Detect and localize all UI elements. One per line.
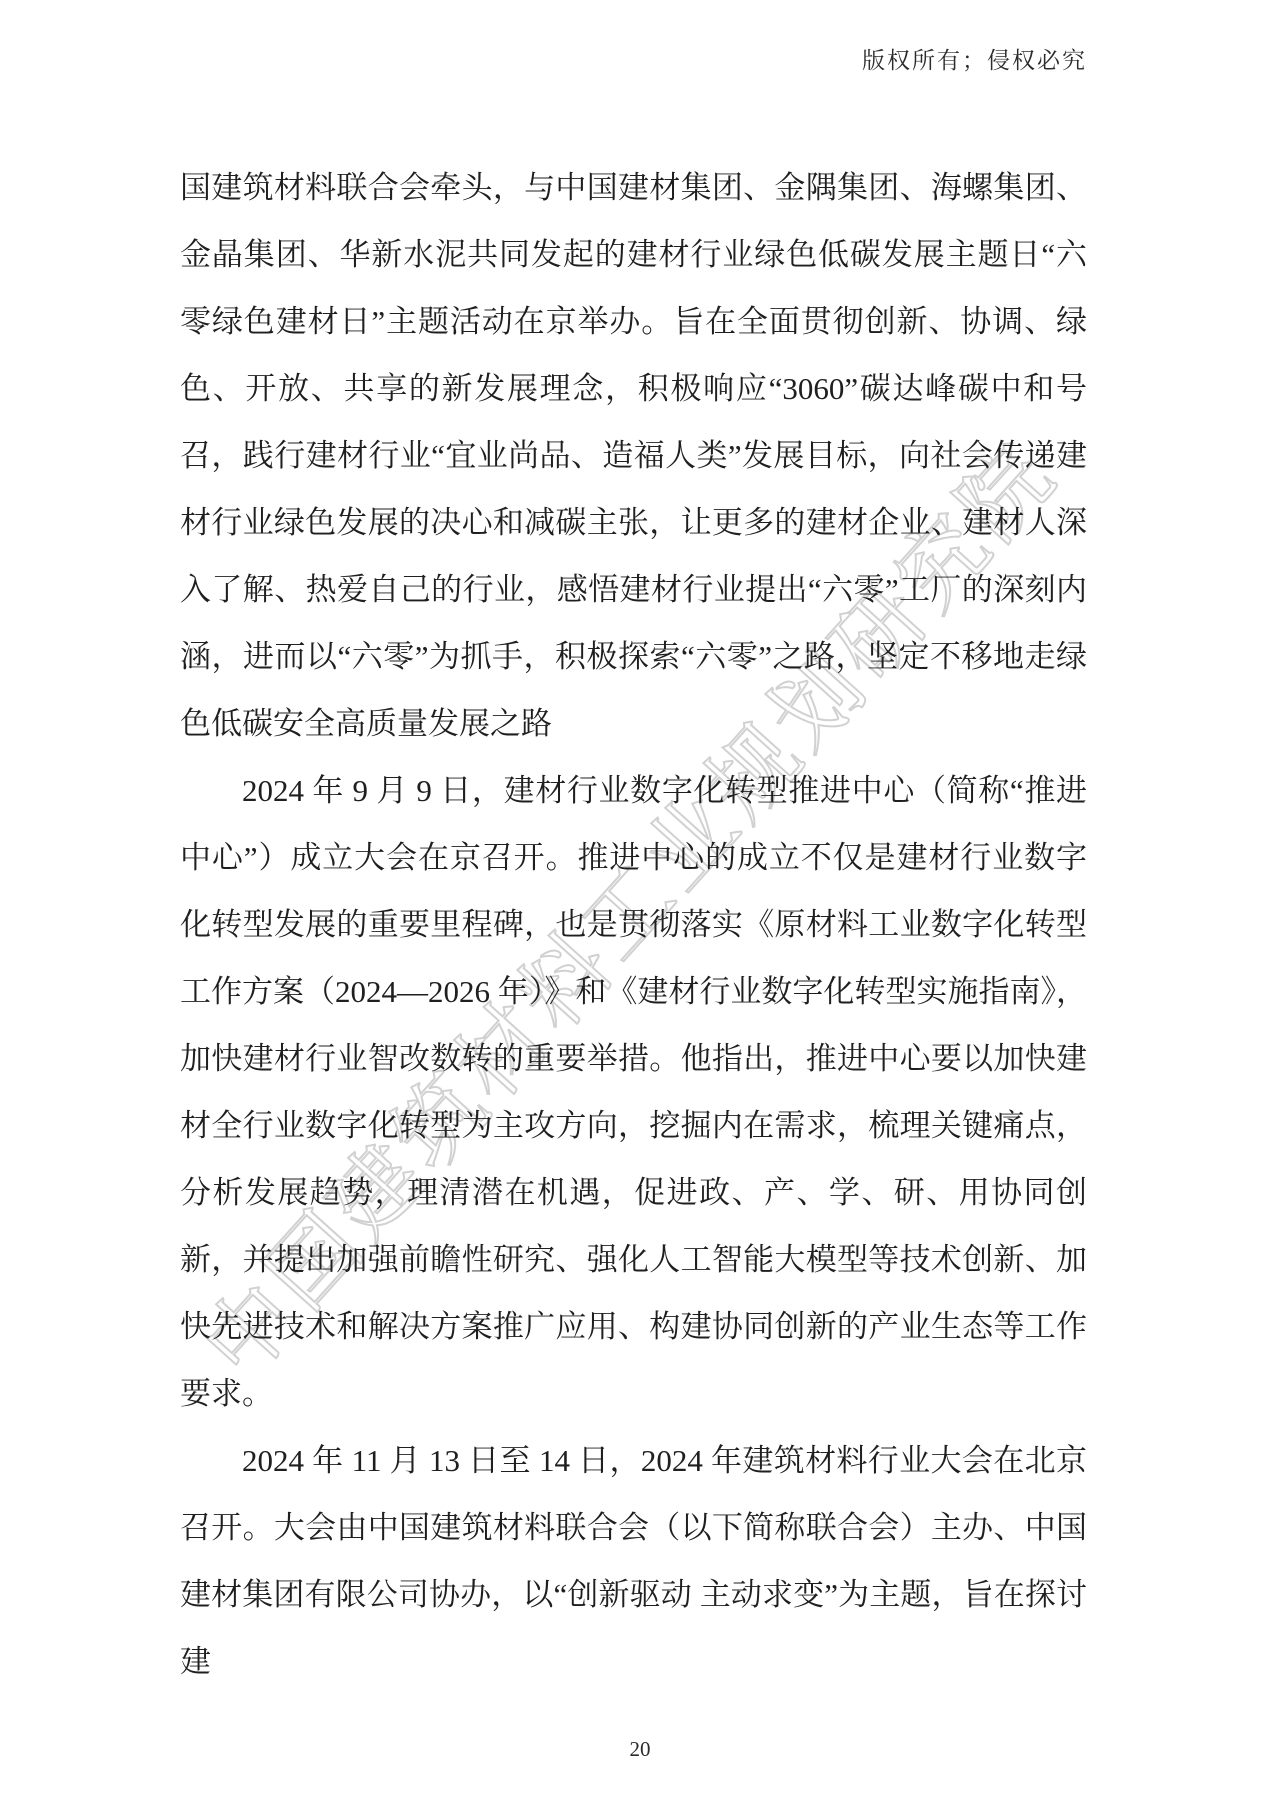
page-number: 20 <box>0 1737 1280 1762</box>
paragraph-industry-conference: 2024 年 11 月 13 日至 14 日，2024 年建筑材料行业大会在北京… <box>180 1427 1087 1695</box>
document-body: 国建筑材料联合会牵头，与中国建材集团、金隅集团、海螺集团、金晶集团、华新水泥共同… <box>180 154 1087 1695</box>
document-page: 版权所有；侵权必究 中国建筑材料工业规划研究院 国建筑材料联合会牵头，与中国建材… <box>0 0 1280 1810</box>
paragraph-continuation: 国建筑材料联合会牵头，与中国建材集团、金隅集团、海螺集团、金晶集团、华新水泥共同… <box>180 154 1087 757</box>
paragraph-digital-transformation-center: 2024 年 9 月 9 日，建材行业数字化转型推进中心（简称“推进中心”）成立… <box>180 757 1087 1427</box>
copyright-notice: 版权所有；侵权必究 <box>862 42 1087 75</box>
